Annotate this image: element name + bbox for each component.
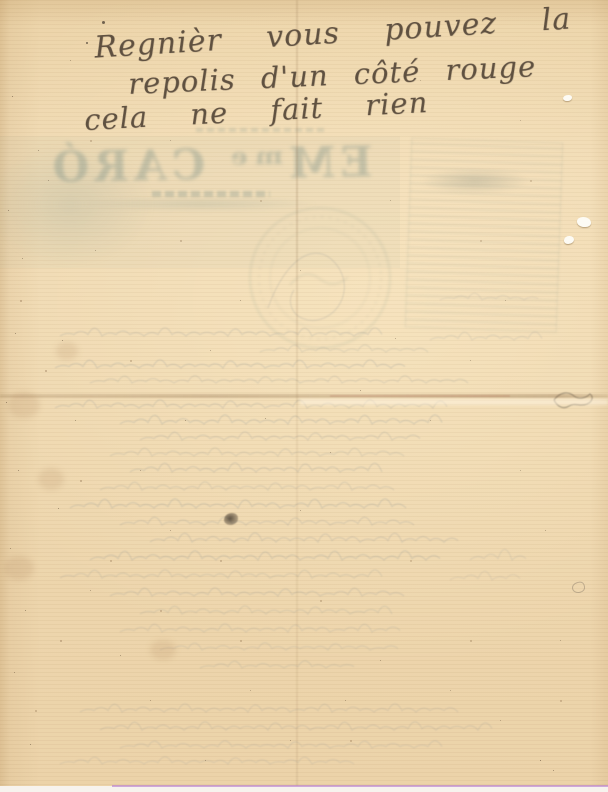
ghost-script-line: [110, 588, 404, 596]
foxing-stain: [8, 392, 40, 418]
ghost-script-line: [60, 328, 382, 336]
ghost-signature-loop: [268, 253, 344, 320]
ghost-script-line: [120, 624, 400, 632]
ghost-script-line: [440, 293, 538, 300]
ghost-script-line: [60, 757, 354, 764]
scan-edge-purple-line: [112, 785, 608, 787]
foxing-stain: [150, 640, 176, 660]
foxing-stain: [56, 342, 78, 360]
ghost-script-line: [160, 643, 398, 650]
ghost-script-line: [120, 415, 442, 424]
ink-dot: [86, 42, 88, 44]
ghost-script-line: [90, 551, 440, 560]
ghost-script-line: [130, 463, 382, 472]
ghost-script-line: [60, 570, 382, 578]
ghost-script-line: [140, 606, 392, 614]
ghost-script-line: [120, 741, 442, 748]
scanned-document-page: EMᵐᵉ CARÓ Regnièr vous pouvez la repolis…: [0, 0, 608, 792]
ghost-script-line: [80, 704, 458, 712]
ghost-script-line: [120, 517, 414, 525]
ghost-script-line: [140, 432, 420, 440]
ghost-script-line: [470, 549, 526, 560]
foxing-stain: [4, 556, 34, 580]
paper-chip-damage: [577, 217, 591, 227]
fold-crease-highlight: [300, 399, 608, 405]
fold-crease-red-tinge: [330, 395, 510, 397]
ghost-script-line: [100, 482, 394, 490]
horizontal-fold-crease: [0, 394, 608, 398]
ghost-script-line: [260, 345, 428, 352]
ink-dot: [102, 21, 105, 24]
ghost-script-line: [55, 360, 405, 368]
ghost-script-line: [150, 533, 458, 542]
ghost-script-line: [200, 661, 354, 668]
ghost-script-line: [90, 376, 468, 383]
ghost-script-line: [70, 499, 406, 508]
ghost-script-line: [450, 571, 520, 580]
ghost-script-line: [430, 332, 542, 340]
foxing-stain: [38, 468, 64, 490]
ghost-script-line: [110, 448, 404, 456]
